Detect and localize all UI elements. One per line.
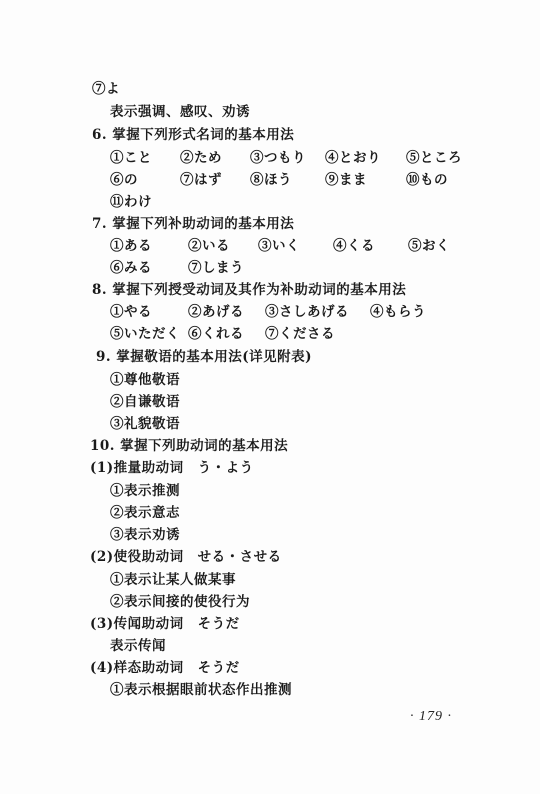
section-heading-8: 8. 掌握下列授受动词及其作为补助动词的基本用法 bbox=[92, 281, 406, 299]
list-item: ②ため bbox=[180, 149, 222, 167]
list-item: ③つもり bbox=[250, 149, 306, 167]
description-line: 表示强调、感叹、劝诱 bbox=[110, 103, 250, 121]
section-heading-9: 9. 掌握敬语的基本用法(详见附表) bbox=[96, 348, 312, 366]
list-item: ②いる bbox=[188, 237, 230, 255]
list-item: ④くる bbox=[333, 237, 375, 255]
list-item: ⑪わけ bbox=[110, 193, 152, 211]
list-item: ①こと bbox=[110, 149, 152, 167]
list-item: ①表示根据眼前状态作出推测 bbox=[110, 681, 292, 699]
list-item: ⑤おく bbox=[408, 237, 450, 255]
list-item: ①ある bbox=[110, 237, 152, 255]
list-item: ③いく bbox=[258, 237, 300, 255]
list-item: ②自谦敬语 bbox=[110, 393, 180, 411]
list-item: ②あげる bbox=[188, 303, 244, 321]
subsection-heading: (1)推量助动词 う・よう bbox=[90, 459, 254, 477]
list-item-yo: ⑦よ bbox=[92, 80, 120, 98]
list-item: ①表示让某人做某事 bbox=[110, 571, 236, 589]
list-item: ⑦はず bbox=[180, 171, 222, 189]
list-item: ⑦しまう bbox=[188, 259, 244, 277]
list-item: ④もらう bbox=[370, 303, 426, 321]
section-heading-6: 6. 掌握下列形式名词的基本用法 bbox=[92, 126, 294, 144]
list-item: ⑨まま bbox=[325, 171, 367, 189]
list-item: ⑤ところ bbox=[406, 149, 462, 167]
subsection-heading: (3)传闻助动词 そうだ bbox=[90, 615, 240, 633]
list-item: ④とおり bbox=[325, 149, 381, 167]
list-item: ⑥の bbox=[110, 171, 138, 189]
list-item: ②表示间接的使役行为 bbox=[110, 593, 250, 611]
section-heading-10: 10. 掌握下列助动词的基本用法 bbox=[90, 437, 288, 455]
list-item: ③表示劝诱 bbox=[110, 526, 180, 544]
list-item: ⑩もの bbox=[406, 171, 448, 189]
list-item: ①やる bbox=[110, 303, 152, 321]
list-item: ①尊他敬语 bbox=[110, 371, 180, 389]
subsection-heading: (4)样态助动词 そうだ bbox=[90, 659, 240, 677]
list-item: ③礼貌敬语 bbox=[110, 415, 180, 433]
list-item: ⑤いただく bbox=[110, 325, 180, 343]
list-item: ⑥みる bbox=[110, 259, 152, 277]
list-item: ①表示推测 bbox=[110, 482, 180, 500]
list-item: ③さしあげる bbox=[265, 303, 349, 321]
list-item: ②表示意志 bbox=[110, 504, 180, 522]
description-line: 表示传闻 bbox=[110, 637, 166, 655]
list-item: ⑦くださる bbox=[265, 325, 335, 343]
book-page: ⑦よ 表示强调、感叹、劝诱 6. 掌握下列形式名词的基本用法 ①こと ②ため ③… bbox=[0, 0, 540, 794]
page-number: · 179 · bbox=[410, 709, 452, 725]
list-item: ⑧ほう bbox=[250, 171, 292, 189]
list-item: ⑥くれる bbox=[188, 325, 244, 343]
section-heading-7: 7. 掌握下列补助动词的基本用法 bbox=[92, 215, 294, 233]
subsection-heading: (2)使役助动词 せる・させる bbox=[90, 548, 282, 566]
